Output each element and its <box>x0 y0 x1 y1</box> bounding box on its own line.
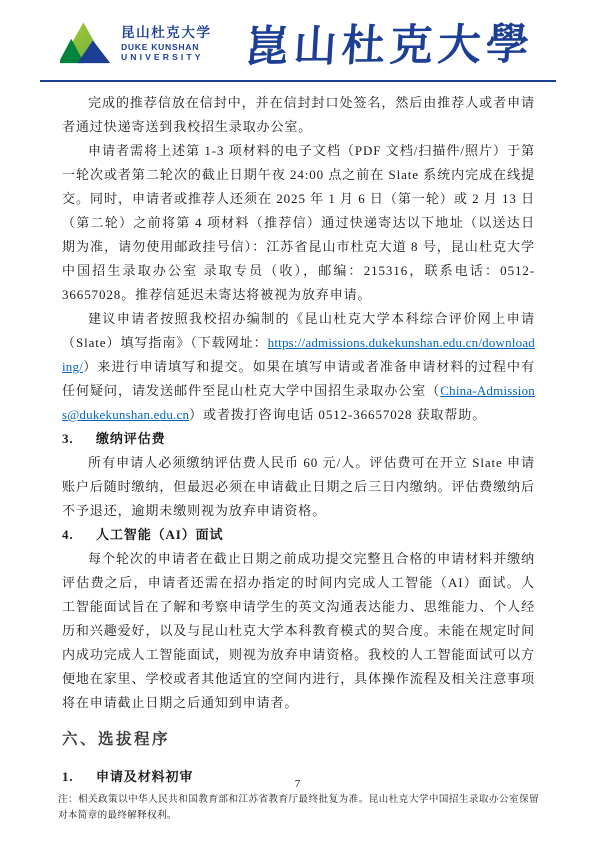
document-page: 昆山杜克大学 DUKE KUNSHAN UNIVERSITY 崑山杜克大學 完成… <box>0 0 595 841</box>
paragraph-application-guide: 建议申请者按照我校招办编制的《昆山杜克大学本科综合评价网上申请（Slate）填写… <box>62 307 535 427</box>
dku-logo: 昆山杜克大学 DUKE KUNSHAN UNIVERSITY <box>60 20 212 68</box>
paragraph-recommendation-letter: 完成的推荐信放在信封中，并在信封封口处签名，然后由推荐人或者申请者通过快递寄送到… <box>62 91 535 139</box>
paragraph-ai-interview: 每个轮次的申请者在截止日期之前成功提交完整且合格的申请材料并缴纳评估费之后，申请… <box>62 547 535 715</box>
logo-cn-name: 昆山杜克大学 <box>121 25 212 41</box>
section-title: 人工智能（AI）面试 <box>96 527 223 542</box>
page-number: 7 <box>0 778 595 790</box>
paragraph-submission-deadline: 申请者需将上述第 1-3 项材料的电子文档（PDF 文档/扫描件/照片）于第一轮… <box>62 139 535 307</box>
document-body: 完成的推荐信放在信封中，并在信封封口处签名，然后由推荐人或者申请者通过快递寄送到… <box>62 91 535 789</box>
header-divider <box>40 80 556 82</box>
section-number: 4. <box>62 523 96 547</box>
calligraphy-title: 崑山杜克大學 <box>230 11 550 75</box>
p3-text-3: ）或者拨打咨询电话 0512-36657028 获取帮助。 <box>189 407 486 422</box>
chapter-heading-selection-procedure: 六、选拔程序 <box>62 728 535 752</box>
paragraph-evaluation-fee: 所有申请人必须缴纳评估费人民币 60 元/人。评估费可在开立 Slate 申请账… <box>62 451 535 523</box>
dku-logo-text: 昆山杜克大学 DUKE KUNSHAN UNIVERSITY <box>121 25 212 62</box>
dku-mountain-logo-icon <box>60 20 112 68</box>
logo-en-line2: UNIVERSITY <box>121 53 212 63</box>
section-number: 3. <box>62 427 96 451</box>
section-heading-evaluation-fee: 3.缴纳评估费 <box>62 427 535 451</box>
footer-note: 注：相关政策以中华人民共和国教育部和江苏省教育厅最终批复为准。昆山杜克大学中国招… <box>58 793 539 824</box>
section-heading-ai-interview: 4.人工智能（AI）面试 <box>62 523 535 547</box>
section-title: 缴纳评估费 <box>96 431 166 446</box>
